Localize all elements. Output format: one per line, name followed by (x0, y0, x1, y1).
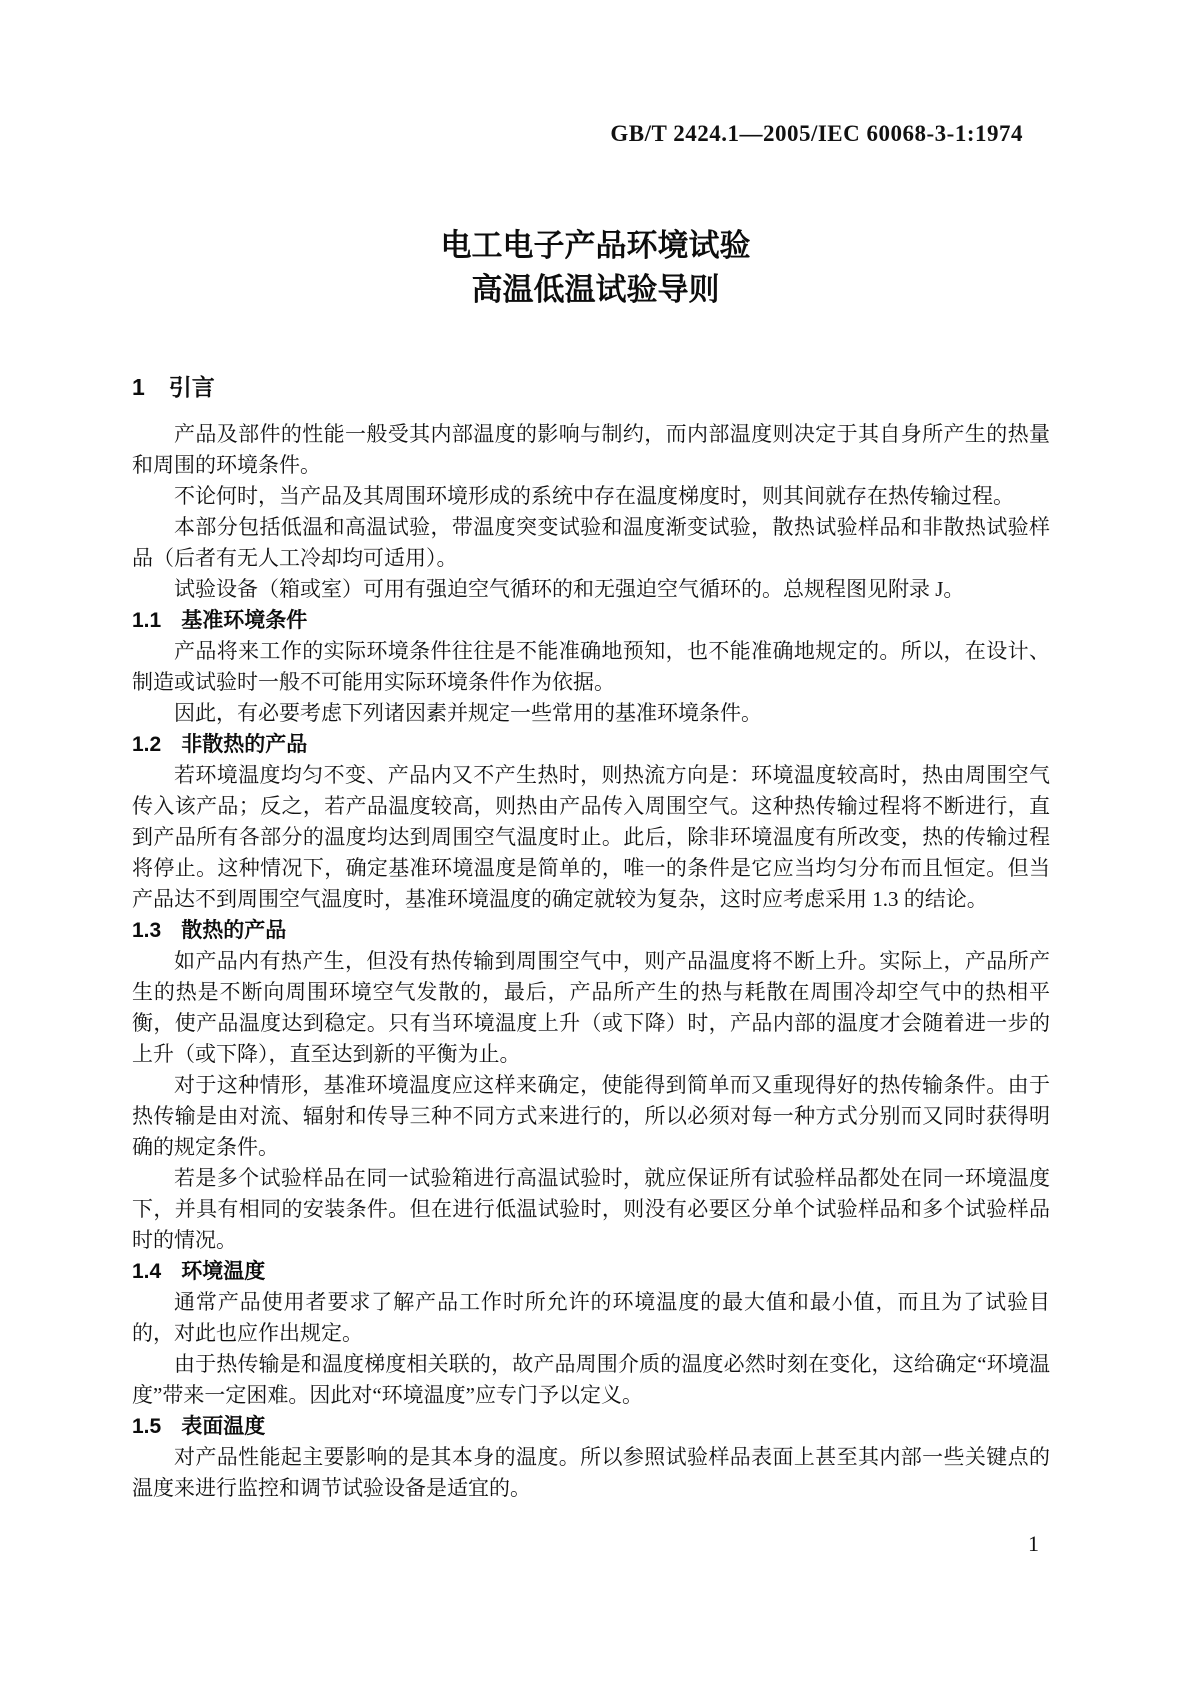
sub-heading-1-5: 1.5表面温度 (132, 1411, 1050, 1442)
document-title-line-1: 电工电子产品环境试验 (0, 224, 1191, 268)
paragraph: 因此，有必要考虑下列诸因素并规定一些常用的基准环境条件。 (132, 698, 1050, 729)
sub-heading-label: 表面温度 (181, 1415, 265, 1438)
paragraph: 试验设备（箱或室）可用有强迫空气循环的和无强迫空气循环的。总规程图见附录 J。 (132, 574, 1050, 605)
paragraph: 若是多个试验样品在同一试验箱进行高温试验时，就应保证所有试验样品都处在同一环境温… (132, 1163, 1050, 1256)
sub-heading-1-2: 1.2非散热的产品 (132, 729, 1050, 760)
paragraph: 产品将来工作的实际环境条件往往是不能准确地预知，也不能准确地规定的。所以，在设计… (132, 636, 1050, 698)
sub-heading-number: 1.4 (132, 1260, 161, 1283)
document-title-line-2: 高温低温试验导则 (0, 268, 1191, 312)
section-number: 1 (132, 374, 145, 400)
document-page: GB/T 2424.1—2005/IEC 60068-3-1:1974 电工电子… (0, 0, 1191, 1684)
sub-heading-label: 散热的产品 (181, 919, 286, 942)
document-title: 电工电子产品环境试验 高温低温试验导则 (0, 224, 1191, 312)
paragraph: 如产品内有热产生，但没有热传输到周围空气中，则产品温度将不断上升。实际上，产品所… (132, 946, 1050, 1070)
sub-heading-number: 1.3 (132, 919, 161, 942)
paragraph: 产品及部件的性能一般受其内部温度的影响与制约，而内部温度则决定于其自身所产生的热… (132, 419, 1050, 481)
paragraph: 本部分包括低温和高温试验，带温度突变试验和温度渐变试验，散热试验样品和非散热试验… (132, 512, 1050, 574)
document-body: 1引言 产品及部件的性能一般受其内部温度的影响与制约，而内部温度则决定于其自身所… (132, 372, 1050, 1504)
section-heading-1: 1引言 (132, 372, 1050, 403)
page-number: 1 (1028, 1531, 1039, 1557)
sub-heading-1-3: 1.3散热的产品 (132, 915, 1050, 946)
paragraph: 由于热传输是和温度梯度相关联的，故产品周围介质的温度必然时刻在变化，这给确定“环… (132, 1349, 1050, 1411)
standard-number: GB/T 2424.1—2005/IEC 60068-3-1:1974 (610, 121, 1023, 147)
paragraph: 不论何时，当产品及其周围环境形成的系统中存在温度梯度时，则其间就存在热传输过程。 (132, 481, 1050, 512)
sub-heading-number: 1.1 (132, 609, 161, 632)
sub-heading-number: 1.2 (132, 733, 161, 756)
section-label: 引言 (169, 374, 215, 400)
sub-heading-label: 非散热的产品 (181, 733, 307, 756)
sub-heading-1-1: 1.1基准环境条件 (132, 605, 1050, 636)
sub-heading-label: 基准环境条件 (181, 609, 307, 632)
sub-heading-label: 环境温度 (181, 1260, 265, 1283)
paragraph: 通常产品使用者要求了解产品工作时所允许的环境温度的最大值和最小值，而且为了试验目… (132, 1287, 1050, 1349)
paragraph: 对产品性能起主要影响的是其本身的温度。所以参照试验样品表面上甚至其内部一些关键点… (132, 1442, 1050, 1504)
sub-heading-number: 1.5 (132, 1415, 161, 1438)
paragraph: 若环境温度均匀不变、产品内又不产生热时，则热流方向是：环境温度较高时，热由周围空… (132, 760, 1050, 915)
paragraph: 对于这种情形，基准环境温度应这样来确定，使能得到简单而又重现得好的热传输条件。由… (132, 1070, 1050, 1163)
sub-heading-1-4: 1.4环境温度 (132, 1256, 1050, 1287)
